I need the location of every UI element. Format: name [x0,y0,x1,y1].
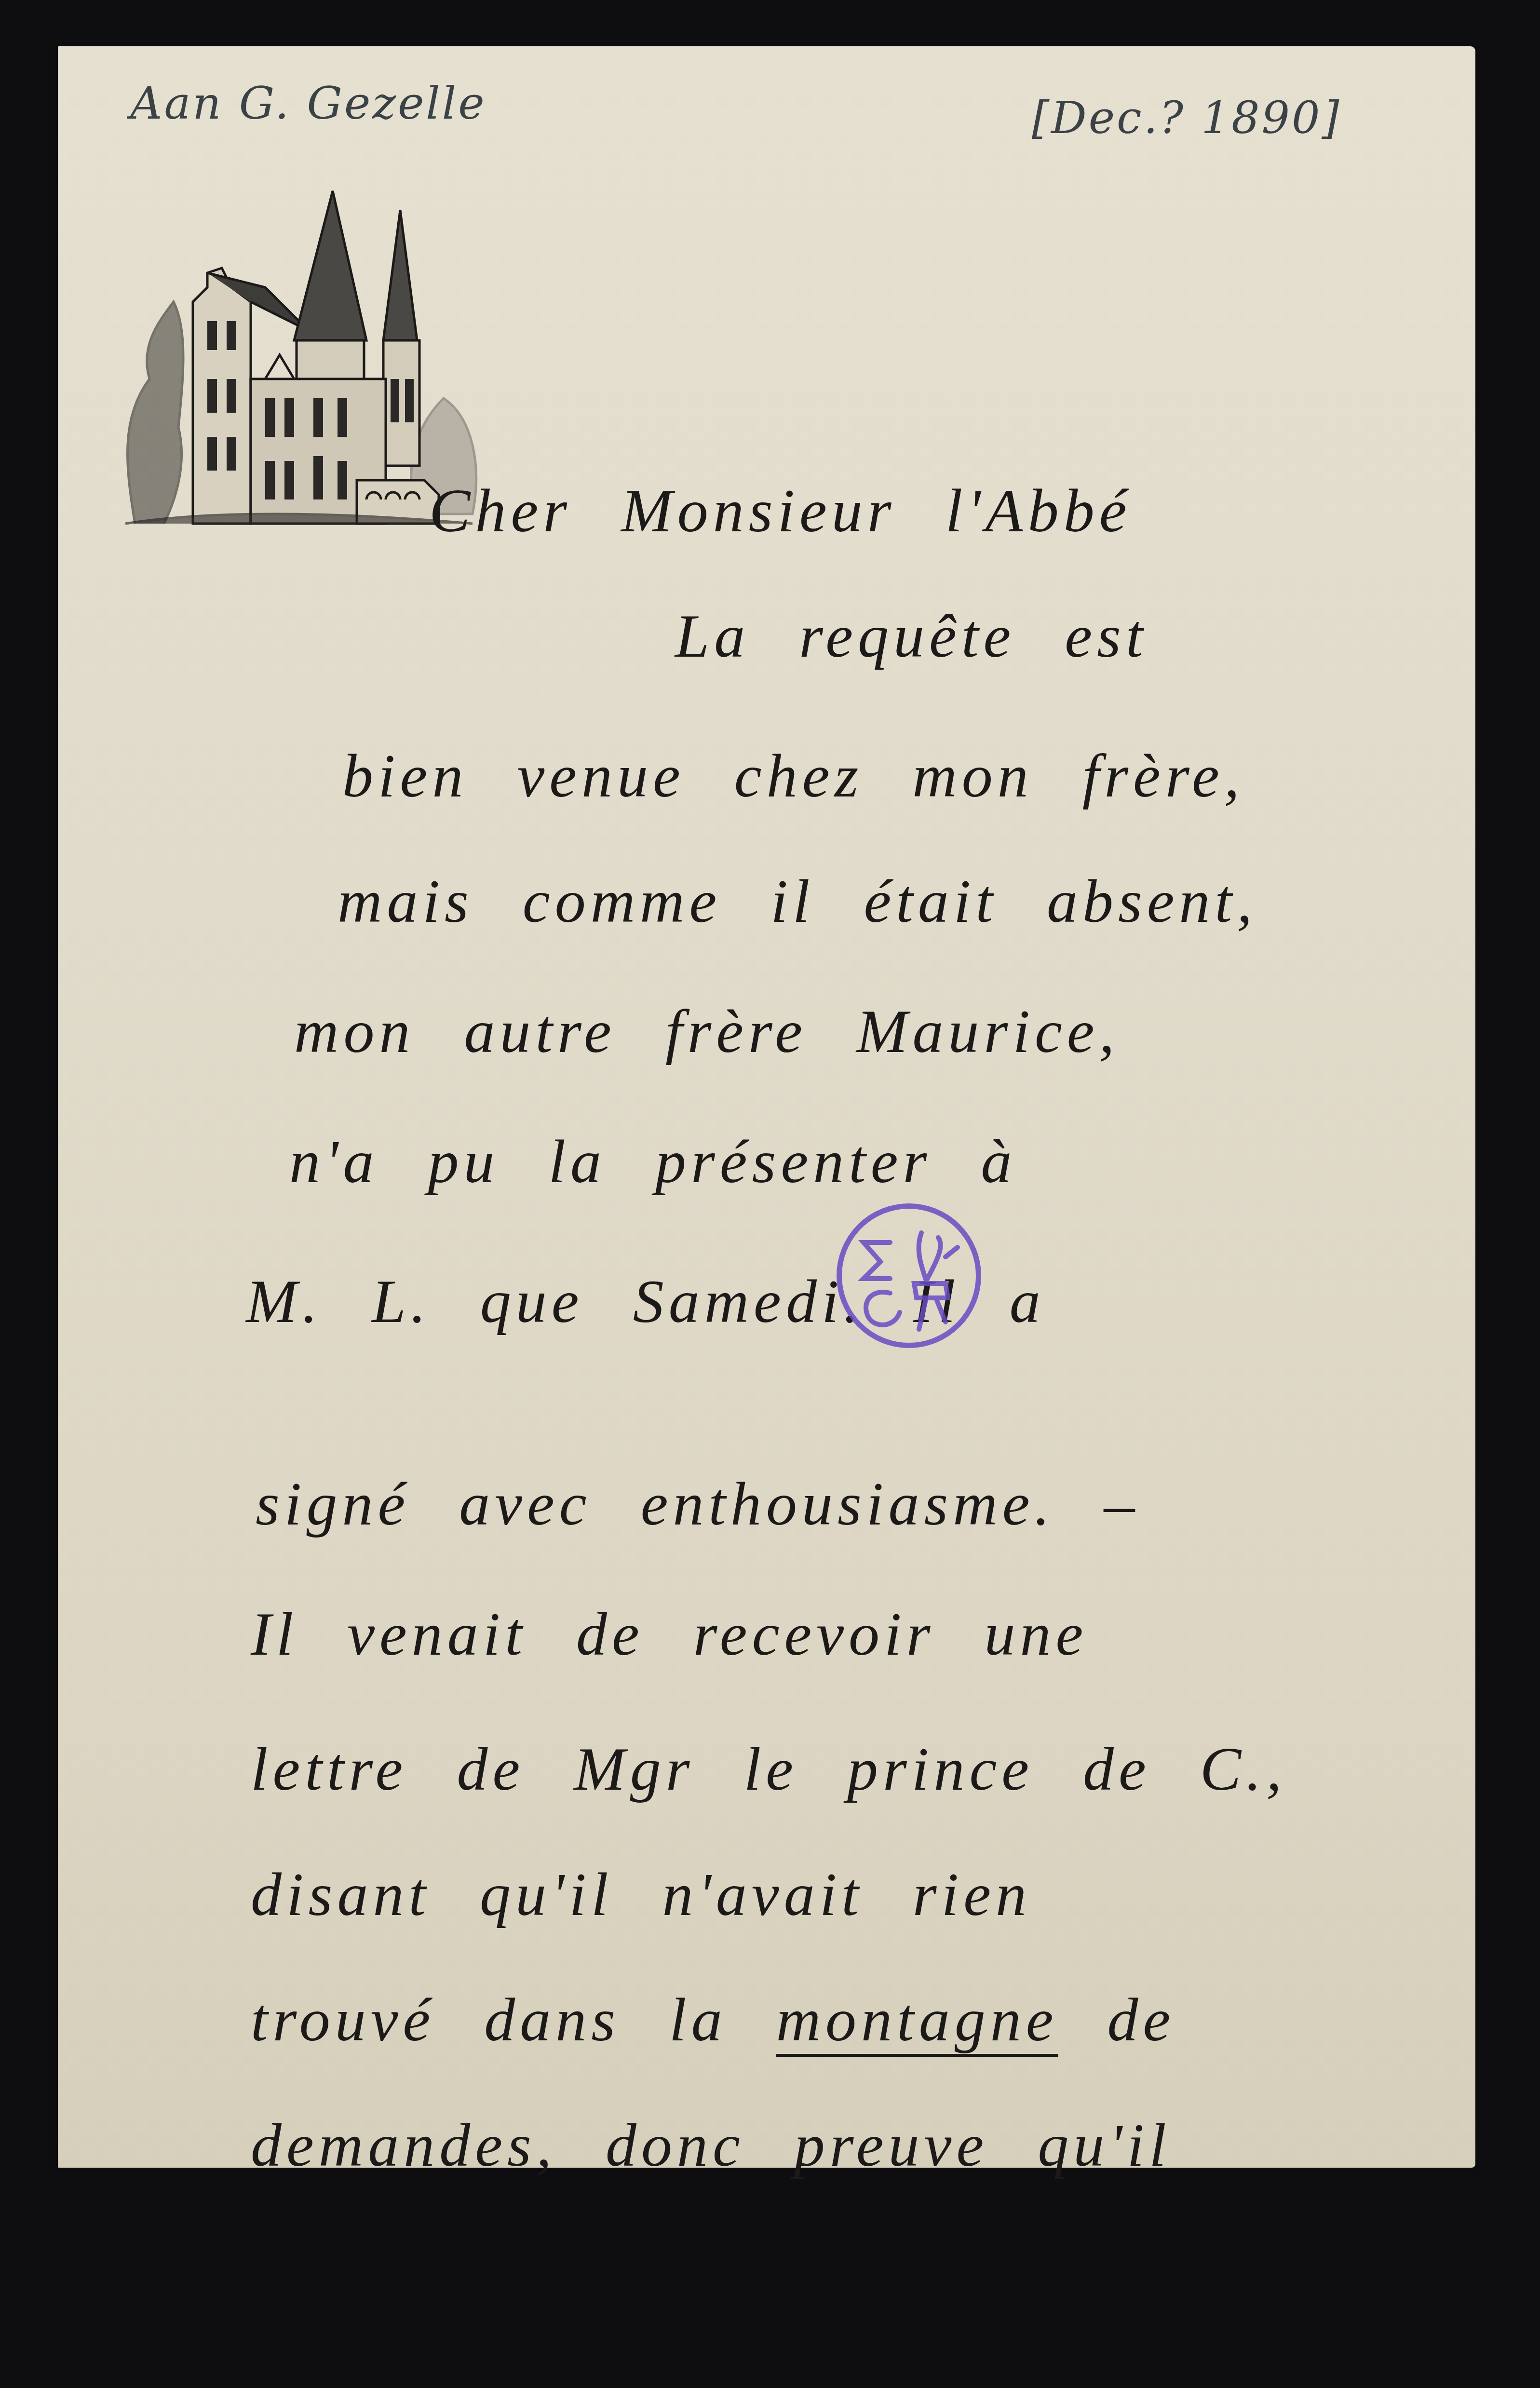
library-stamp-icon [837,1203,981,1348]
letter-line-8: Il venait de recevoir une [251,1599,1088,1670]
underlined-word: montagne [776,1985,1058,2054]
letter-line-2: bien venue chez mon frère, [342,741,1244,811]
letterhead-house-engraving-icon [106,128,501,528]
letter-line-9: lettre de Mgr le prince de C., [251,1734,1286,1805]
letter-line-1: La requête est [675,601,1148,672]
letter-line-4: mon autre frère Maurice, [294,996,1120,1067]
archival-annotation-date: [Dec.? 1890] [1032,92,1341,144]
archival-annotation-recipient: Aan G. Gezelle [130,78,486,129]
letter-salutation: Cher Monsieur l'Abbé [429,475,1132,546]
letter-line-11: trouvé dans la montagne de [251,1984,1175,2055]
letter-line-5: n'a pu la présenter à [289,1126,1016,1197]
letter-line-10: disant qu'il n'avait rien [251,1859,1031,1930]
letter-paper: Aan G. Gezelle [Dec.? 1890] [58,46,1475,2168]
letter-line-12: demandes, donc preuve qu'il [251,2110,1171,2181]
letter-line-3: mais comme il était absent, [338,866,1257,937]
letter-line-7: signé avec enthousiasme. – [256,1469,1139,1539]
